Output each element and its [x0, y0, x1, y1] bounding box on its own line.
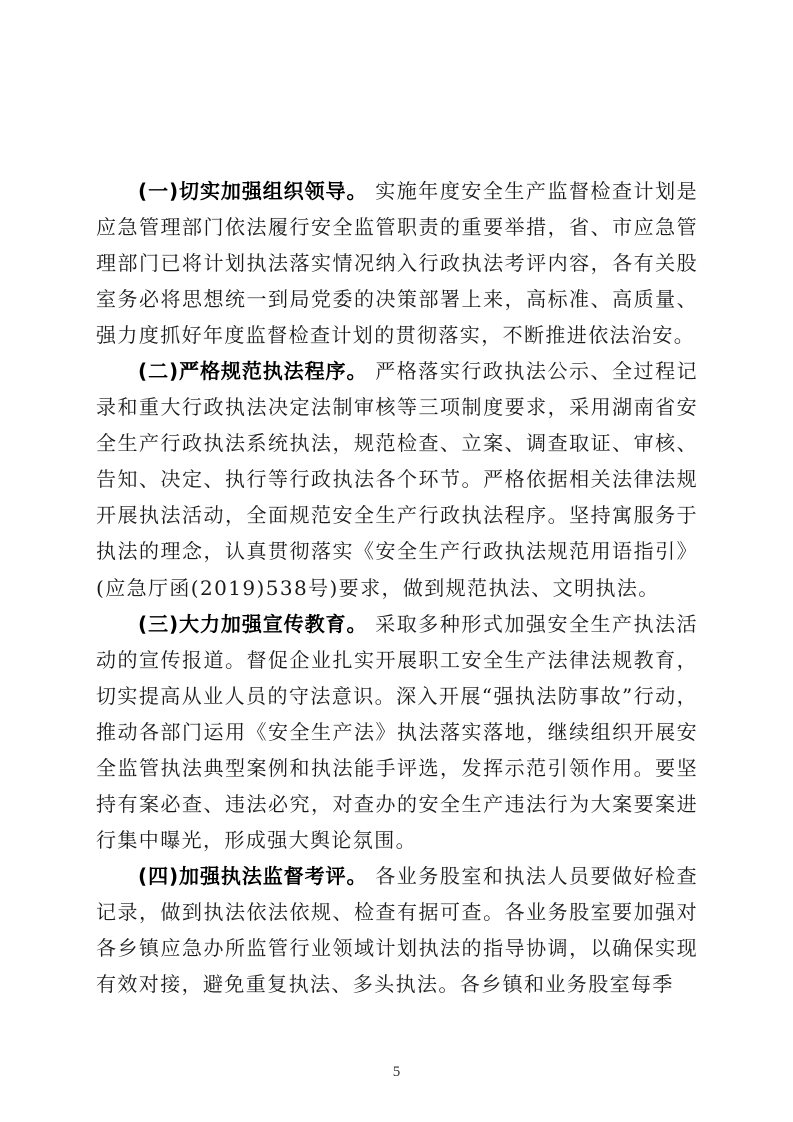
paragraph-heading: (一)切实加强组织领导。	[138, 179, 367, 203]
paragraph-text: 采取多种形式加强安全生产执法活动的宣传报道。督促企业扎实开展职工安全生产法律法规…	[96, 612, 698, 852]
paragraph-publicity-education: (三)大力加强宣传教育。 采取多种形式加强安全生产执法活动的宣传报道。督促企业扎…	[96, 606, 698, 858]
paragraph-supervision-evaluation: (四)加强执法监督考评。 各业务股室和执法人员要做好检查记录，做到执法依法依规、…	[96, 858, 698, 1002]
paragraph-heading: (三)大力加强宣传教育。	[138, 612, 367, 636]
paragraph-enforcement-procedure: (二)严格规范执法程序。 严格落实行政执法公示、全过程记录和重大行政执法决定法制…	[96, 353, 698, 605]
paragraph-heading: (二)严格规范执法程序。	[138, 359, 367, 383]
paragraph-text: 实施年度安全生产监督检查计划是应急管理部门依法履行安全监管职责的重要举措，省、市…	[96, 179, 698, 347]
document-body: (一)切实加强组织领导。 实施年度安全生产监督检查计划是应急管理部门依法履行安全…	[96, 173, 698, 1002]
page-number: 5	[0, 1064, 793, 1081]
paragraph-heading: (四)加强执法监督考评。	[138, 864, 367, 888]
paragraph-text: 严格落实行政执法公示、全过程记录和重大行政执法决定法制审核等三项制度要求，采用湖…	[96, 359, 698, 599]
paragraph-organization-leadership: (一)切实加强组织领导。 实施年度安全生产监督检查计划是应急管理部门依法履行安全…	[96, 173, 698, 353]
